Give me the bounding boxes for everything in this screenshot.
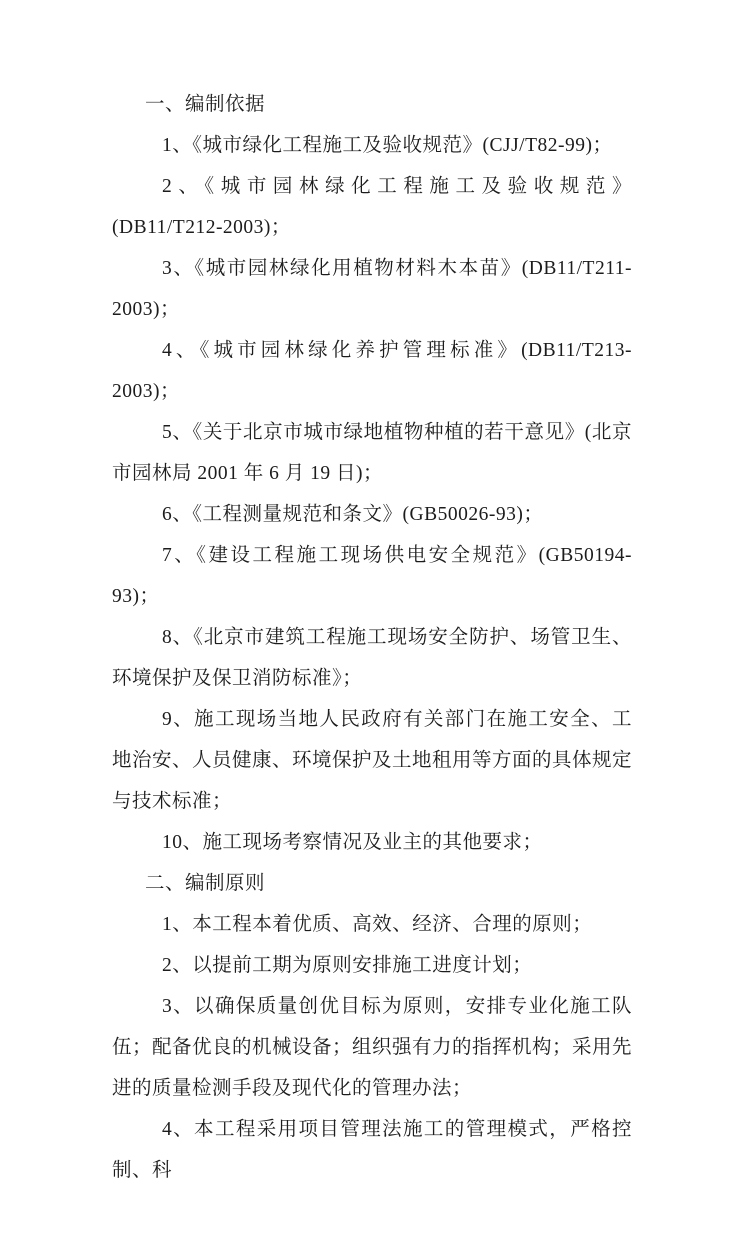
paragraph: 1、《城市绿化工程施工及验收规范》(CJJ/T82-99)； (112, 125, 632, 166)
paragraph: 2、以提前工期为原则安排施工进度计划； (112, 945, 632, 986)
paragraph: 8、《北京市建筑工程施工现场安全防护、场管卫生、环境保护及保卫消防标准》； (112, 617, 632, 699)
section-heading: 二、编制原则 (112, 863, 632, 904)
paragraph: 10、施工现场考察情况及业主的其他要求； (112, 822, 632, 863)
paragraph: 7、《建设工程施工现场供电安全规范》(GB50194-93)； (112, 535, 632, 617)
paragraph: 4、本工程采用项目管理法施工的管理模式，严格控制、科 (112, 1109, 632, 1191)
paragraph: 2、《城市园林绿化工程施工及验收规范》(DB11/T212-2003)； (112, 166, 632, 248)
paragraph: 4、《城市园林绿化养护管理标准》(DB11/T213-2003)； (112, 330, 632, 412)
document-body: 一、编制依据1、《城市绿化工程施工及验收规范》(CJJ/T82-99)；2、《城… (112, 84, 632, 1191)
paragraph: 3、《城市园林绿化用植物材料木本苗》(DB11/T211-2003)； (112, 248, 632, 330)
paragraph: 3、以确保质量创优目标为原则，安排专业化施工队伍；配备优良的机械设备；组织强有力… (112, 986, 632, 1109)
paragraph: 6、《工程测量规范和条文》(GB50026-93)； (112, 494, 632, 535)
document-page: 一、编制依据1、《城市绿化工程施工及验收规范》(CJJ/T82-99)；2、《城… (0, 0, 744, 1251)
paragraph: 9、施工现场当地人民政府有关部门在施工安全、工地治安、人员健康、环境保护及土地租… (112, 699, 632, 822)
section-heading: 一、编制依据 (112, 84, 632, 125)
paragraph: 5、《关于北京市城市绿地植物种植的若干意见》(北京市园林局 2001 年 6 月… (112, 412, 632, 494)
paragraph: 1、本工程本着优质、高效、经济、合理的原则； (112, 904, 632, 945)
